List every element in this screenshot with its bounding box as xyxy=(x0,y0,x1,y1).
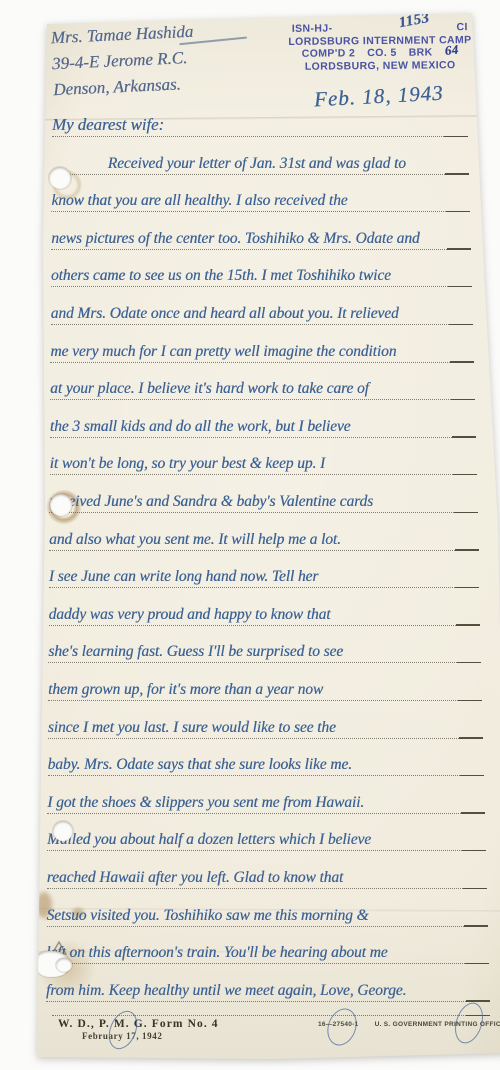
form-name: W. D., P. M. G. Form No. 4 xyxy=(58,1018,219,1030)
letter-line-text: others came to see us on the 15th. I met… xyxy=(51,267,391,286)
letter-line-text: received June's and Sandra & baby's Vale… xyxy=(49,493,373,512)
letter-line-text: the 3 small kids and do all the work, bu… xyxy=(50,418,351,437)
letter-line-text: Received your letter of Jan. 31st and wa… xyxy=(108,155,406,174)
letter-line-text: Mailed you about half a dozen letters wh… xyxy=(47,831,371,850)
letter-line-text: she's learning fast. Guess I'll be surpr… xyxy=(48,643,343,662)
letter-line: Received your letter of Jan. 31st and wa… xyxy=(52,139,465,175)
camp-stamp: ISN-HJ- CI 1153 LORDSBURG INTERNMENT CAM… xyxy=(286,21,475,73)
letter-line-text: at your place. I believe it's hard work … xyxy=(50,380,369,399)
letter-line-text: them grown up, for it's more than a year… xyxy=(48,681,323,700)
stamp-barrack-number: 64 xyxy=(444,44,459,58)
letter-line-text: baby. Mrs. Odate says that she sure look… xyxy=(48,756,352,775)
letter-line: I see June can write long hand now. Tell… xyxy=(49,552,476,588)
punch-hole xyxy=(50,494,72,516)
letter-line: I got the shoes & slippers you sent me f… xyxy=(47,778,481,814)
letter-line: Setsuo visited you. Toshihiko saw me thi… xyxy=(47,891,485,927)
letter-line-text: and Mrs. Odate once and heard all about … xyxy=(51,305,399,324)
letter-line: My dearest wife: xyxy=(52,101,464,137)
letter-line: since I met you last. I sure would like … xyxy=(48,703,479,739)
letter-line: the 3 small kids and do all the work, bu… xyxy=(50,402,472,438)
letter-line: at your place. I believe it's hard work … xyxy=(50,364,471,400)
letter-line-text: left on this afternoon's train. You'll b… xyxy=(46,944,387,963)
punch-hole xyxy=(49,167,71,189)
letter-line-text: me very much for I can pretty well imagi… xyxy=(50,343,396,362)
punch-hole xyxy=(53,821,73,841)
torn-hole xyxy=(56,958,72,972)
letter-line: news pictures of the center too. Toshihi… xyxy=(51,214,467,250)
letter-line-text: reached Hawaii after you left. Glad to k… xyxy=(47,869,343,888)
letter-line: received June's and Sandra & baby's Vale… xyxy=(49,477,473,513)
letter-line-text: Setsuo visited you. Toshihiko saw me thi… xyxy=(47,907,369,926)
letter-line-text: since I met you last. I sure would like … xyxy=(48,719,336,738)
letter-line-text: daddy was very proud and happy to know t… xyxy=(49,606,331,625)
letter-line-text: I got the shoes & slippers you sent me f… xyxy=(47,794,364,813)
letter-line: she's learning fast. Guess I'll be surpr… xyxy=(48,627,477,663)
letter-line: it won't be long, so try your best & kee… xyxy=(50,439,473,475)
letter-line: Mailed you about half a dozen letters wh… xyxy=(47,815,482,851)
letter-line: daddy was very proud and happy to know t… xyxy=(49,590,477,626)
stamp-isn-number: 1153 xyxy=(398,12,431,30)
address-line: Denson, Arkansas. xyxy=(53,71,197,103)
letter-paper: Mrs. Tamae Hashida 39-4-E Jerome R.C. De… xyxy=(32,10,500,1062)
letter-line-text: My dearest wife: xyxy=(52,115,164,136)
letter-line: others came to see us on the 15th. I met… xyxy=(51,251,468,287)
header-address: Mrs. Tamae Hashida 39-4-E Jerome R.C. De… xyxy=(50,19,196,103)
letter-line-text: I see June can write long hand now. Tell… xyxy=(49,568,318,587)
letter-line: them grown up, for it's more than a year… xyxy=(48,665,478,701)
letter-line-text: it won't be long, so try your best & kee… xyxy=(50,455,325,474)
stamp-barrack: BRK xyxy=(409,46,433,59)
paper-shadow: Mrs. Tamae Hashida 39-4-E Jerome R.C. De… xyxy=(16,5,492,1057)
letter-line-text: and also what you sent me. It will help … xyxy=(49,531,341,550)
letter-line-text: news pictures of the center too. Toshihi… xyxy=(51,230,419,249)
stamp-company: CO. 5 xyxy=(367,47,397,60)
letter-line: baby. Mrs. Odate says that she sure look… xyxy=(48,740,481,776)
page-background: Mrs. Tamae Hashida 39-4-E Jerome R.C. De… xyxy=(0,0,500,1070)
stamp-line-4: LORDSBURG, NEW MEXICO xyxy=(286,59,474,73)
letter-line: and Mrs. Odate once and heard all about … xyxy=(51,289,469,325)
letter-line: know that you are all healthy. I also re… xyxy=(51,176,465,212)
footer-rule xyxy=(52,980,486,1016)
letter-line: me very much for I can pretty well imagi… xyxy=(50,327,469,363)
stamp-ci: CI xyxy=(456,21,467,34)
letter-line: left on this afternoon's train. You'll b… xyxy=(46,928,485,964)
stamp-compound: COMP'D 2 xyxy=(302,47,356,60)
letter-line: reached Hawaii after you left. Glad to k… xyxy=(47,853,483,889)
stamp-isn-prefix: ISN-HJ- xyxy=(292,22,333,35)
letter-line: and also what you sent me. It will help … xyxy=(49,515,474,551)
letter-line-text: know that you are all healthy. I also re… xyxy=(51,192,347,211)
